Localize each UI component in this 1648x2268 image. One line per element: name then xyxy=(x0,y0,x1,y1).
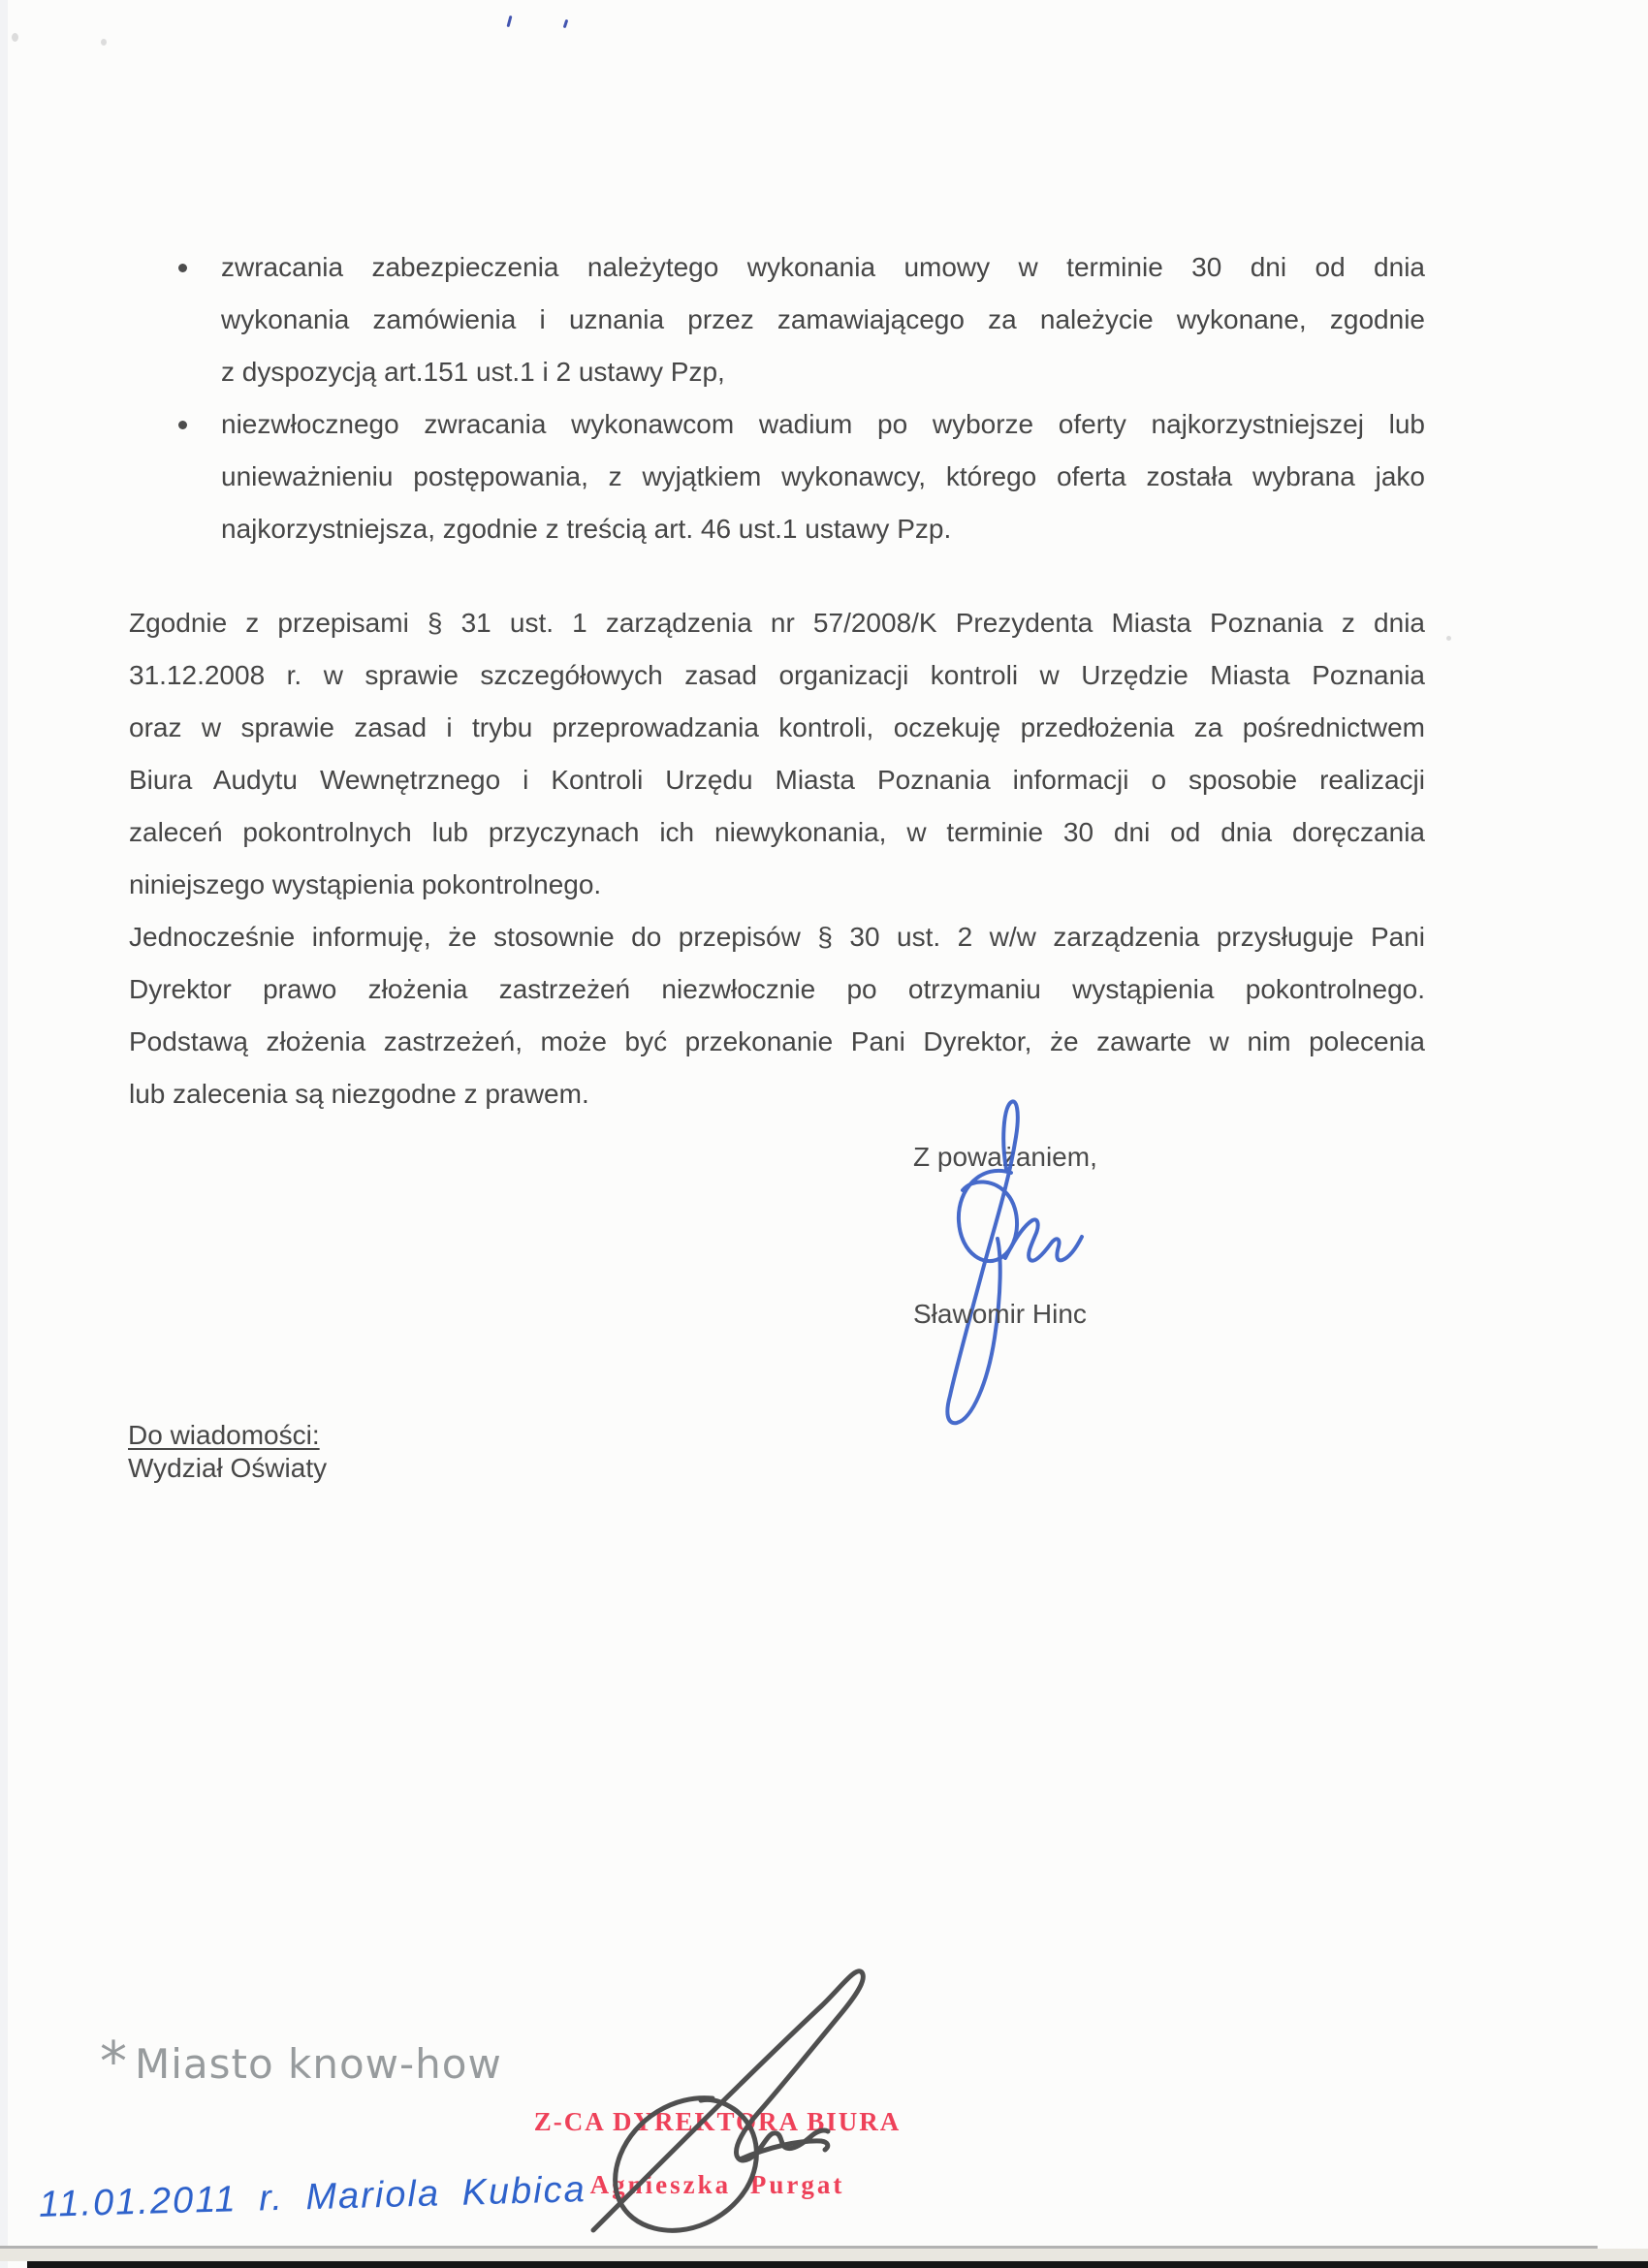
scan-speck xyxy=(12,33,18,42)
scanned-letter-page: zwracania zabezpieczenia należytego wyko… xyxy=(0,0,1648,2268)
scan-left-edge xyxy=(0,0,8,2268)
scan-border-band xyxy=(0,2249,1648,2261)
paragraph: Zgodnie z przepisami § 31 ust. 1 zarządz… xyxy=(129,597,1425,911)
text-line: zaleceń pokontrolnych lub przyczynach ic… xyxy=(129,806,1425,859)
text-line: lub zalecenia są niezgodne z prawem. xyxy=(129,1068,1425,1120)
list-item: zwracania zabezpieczenia należytego wyko… xyxy=(221,241,1425,398)
scan-speck xyxy=(101,39,107,46)
bullet-icon xyxy=(178,421,187,429)
cc-block: Do wiadomości: Wydział Oświaty xyxy=(128,1419,327,1485)
hinc-signature-image xyxy=(897,1084,1110,1433)
signer-name: Sławomir Hinc xyxy=(913,1299,1087,1330)
text-line: unieważnieniu postępowania, z wyjątkiem … xyxy=(221,451,1425,503)
ink-speck xyxy=(506,16,512,27)
text-line: 31.12.2008 r. w sprawie szczegółowych za… xyxy=(129,649,1425,702)
miasto-know-how-logo: * Miasto know-how xyxy=(100,2040,502,2089)
text-line: wykonania zamówienia i uznania przez zam… xyxy=(221,294,1425,346)
text-line: Podstawą złożenia zastrzeżeń, może być p… xyxy=(129,1016,1425,1068)
text-line: zwracania zabezpieczenia należytego wyko… xyxy=(221,241,1425,294)
bullet-text: niezwłocznego zwracania wykonawcom wadiu… xyxy=(221,398,1425,555)
ink-speck xyxy=(563,19,569,28)
scan-border-black xyxy=(27,2261,1648,2268)
bullet-icon xyxy=(178,264,187,272)
text-line: Zgodnie z przepisami § 31 ust. 1 zarządz… xyxy=(129,597,1425,649)
text-line: Jednocześnie informuję, że stosownie do … xyxy=(129,911,1425,963)
text-line: Biura Audytu Wewnętrznego i Kontroli Urz… xyxy=(129,754,1425,806)
text-line: niezwłocznego zwracania wykonawcom wadiu… xyxy=(221,398,1425,451)
text-line: oraz w sprawie zasad i trybu przeprowadz… xyxy=(129,702,1425,754)
purgat-signature-image xyxy=(567,1956,921,2244)
cc-heading: Do wiadomości: xyxy=(128,1419,327,1452)
paragraph: Jednocześnie informuję, że stosownie do … xyxy=(129,911,1425,1120)
text-line: z dyspozycją art.151 ust.1 i 2 ustawy Pz… xyxy=(221,346,1425,398)
text-line: najkorzystniejsza, zgodnie z treścią art… xyxy=(221,503,1425,555)
asterisk-logo-icon: * xyxy=(100,2042,127,2083)
handwritten-note: 11.01.2011 r. Mariola Kubica xyxy=(39,2169,587,2226)
body-text: Zgodnie z przepisami § 31 ust. 1 zarządz… xyxy=(129,597,1425,1120)
text-line: niniejszego wystąpienia pokontrolnego. xyxy=(129,859,1425,911)
list-item: niezwłocznego zwracania wykonawcom wadiu… xyxy=(221,398,1425,555)
bullet-list: zwracania zabezpieczenia należytego wyko… xyxy=(221,241,1425,555)
bullet-text: zwracania zabezpieczenia należytego wyko… xyxy=(221,241,1425,398)
logo-text: Miasto know-how xyxy=(135,2040,502,2089)
cc-recipient: Wydział Oświaty xyxy=(128,1452,327,1485)
text-line: Dyrektor prawo złożenia zastrzeżeń niezw… xyxy=(129,963,1425,1016)
scan-speck xyxy=(1446,636,1451,641)
